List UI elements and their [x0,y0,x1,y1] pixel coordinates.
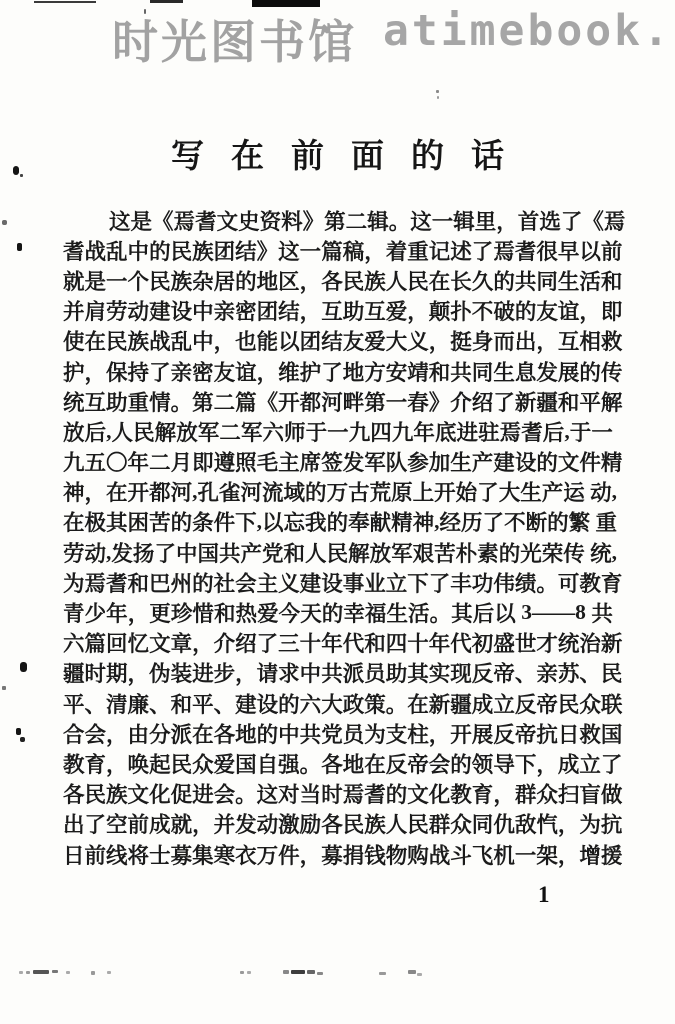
scan-mark [17,243,22,251]
scan-mark [20,662,27,672]
watermark: 时光图书馆 atimebook.c [112,6,675,72]
scan-mark [417,973,422,976]
body-line: 六篇回忆文章，介绍了三十年代和四十年代初盛世才统治新 [63,628,613,658]
body-line: 耆战乱中的民族团结》这一篇稿，着重记述了焉耆很早以前 [63,235,613,265]
body-line: 使在民族战乱中，也能以团结友爱大义，挺身而出，互相救 [63,326,613,356]
body-line: 青少年，更珍惜和热爱今天的幸福生活。其后以 3——8 共 [63,597,613,627]
body-text: 这是《焉耆文史资料》第二辑。这一辑里，首选了《焉耆战乱中的民族团结》这一篇稿，着… [63,205,613,869]
scan-mark [437,96,439,99]
scan-mark [247,971,251,974]
body-line: 九五〇年二月即遵照毛主席签发军队参加生产建设的文件精 [63,447,613,477]
watermark-library-name: 时光图书馆 [112,15,357,69]
scan-mark [436,90,439,93]
scan-mark [379,972,386,975]
scan-mark [408,970,416,974]
scan-mark [317,972,323,975]
body-line: 平、清廉、和平、建设的六大政策。在新疆成立反帝民众联 [63,688,613,718]
scan-mark [34,1,96,3]
scan-mark [144,9,146,14]
scan-mark [20,174,23,177]
scan-mark [52,970,58,973]
body-line: 在极其困苦的条件下,以忘我的奉献精神,经历了不断的繁 重 [63,507,613,537]
scanned-book-page: 时光图书馆 atimebook.c 写在前面的话 这是《焉耆文史资料》第二辑。这… [0,0,675,1024]
body-line: 教育，唤起民众爱国自强。各地在反帝会的领导下，成立了 [63,748,613,778]
body-line: 合会，由分派在各地的中共党员为支柱，开展反帝抗日救国 [63,718,613,748]
body-line: 护，保持了亲密友谊，维护了地方安靖和共同生息发展的传 [63,356,613,386]
page-title: 写在前面的话 [0,130,675,177]
scan-mark [107,971,111,974]
body-line: 疆时期，伪装进步，请求中共派员助其实现反帝、亲苏、民 [63,658,613,688]
body-line: 并肩劳动建设中亲密团结，互助互爱，颠扑不破的友谊，即 [63,296,613,326]
scan-mark [240,971,244,974]
scan-mark [26,971,30,974]
scan-mark [252,0,320,7]
scan-mark [283,970,289,974]
scan-mark [16,728,21,735]
body-line: 放后,人民解放军二军六师于一九四九年底进驻焉耆后,于一 [63,416,613,446]
scan-mark [2,220,7,225]
scan-mark [291,970,305,974]
scan-mark [150,0,183,3]
scan-mark [19,971,23,974]
scan-mark [91,971,95,975]
body-line: 日前线将士募集寒衣万件，募捐钱物购战斗飞机一架，增援 [63,839,613,869]
body-line: 就是一个民族杂居的地区，各民族人民在长久的共同生活和 [63,265,613,295]
body-line: 为焉耆和巴州的社会主义建设事业立下了丰功伟绩。可教育 [63,567,613,597]
scan-mark [13,166,19,175]
body-line: 出了空前成就，并发动激励各民族人民群众同仇敌忾，为抗 [63,809,613,839]
scan-mark [307,970,315,974]
scan-mark [33,970,49,974]
body-line: 劳动,发扬了中国共产党和人民解放军艰苦朴素的光荣传 统, [63,537,613,567]
body-line: 各民族文化促进会。这对当时焉耆的文化教育，群众扫盲做 [63,779,613,809]
page-number: 1 [538,882,550,908]
watermark-site-url: atimebook.c [383,6,675,56]
scan-mark [20,737,25,742]
body-line: 神，在开都河,孔雀河流域的万古荒原上开始了大生产运 动, [63,477,613,507]
scan-mark [2,686,6,690]
body-line: 这是《焉耆文史资料》第二辑。这一辑里，首选了《焉 [63,205,613,235]
body-line: 统互助重情。第二篇《开都河畔第一春》介绍了新疆和平解 [63,386,613,416]
scan-mark [66,971,70,974]
